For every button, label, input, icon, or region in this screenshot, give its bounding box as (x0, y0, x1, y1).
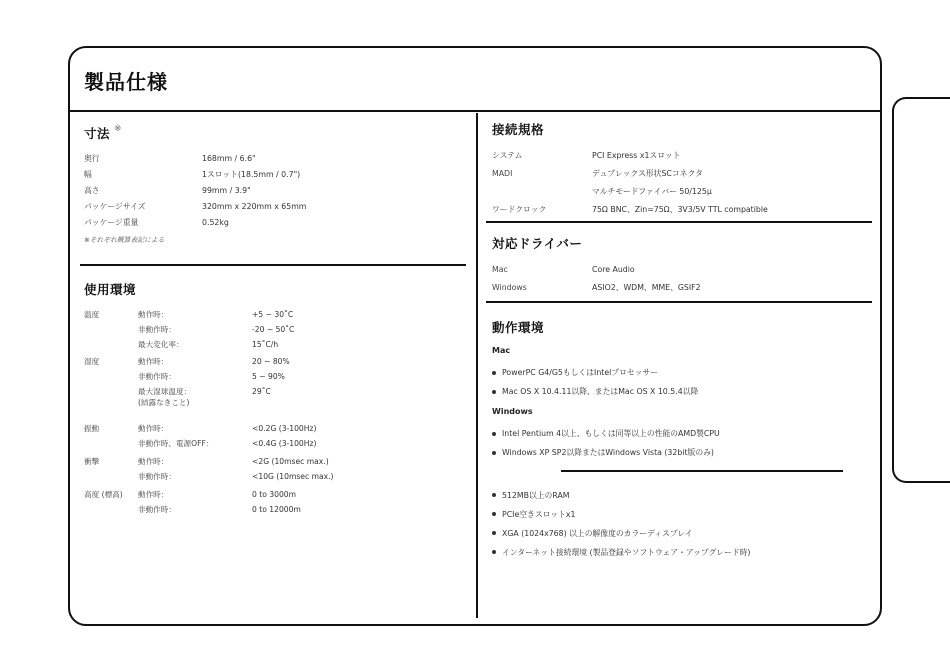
env-condition: 動作時： (138, 311, 252, 319)
bullet-icon (492, 493, 496, 497)
env-value: 20 ~ 80% (252, 358, 290, 366)
env-condition: 最大変化率： (138, 341, 252, 349)
bullet-icon (492, 451, 496, 455)
requirement-item: PowerPC G4/G5もしくはIntelプロセッサー (492, 363, 872, 382)
bullet-icon (492, 432, 496, 436)
dimension-value: 1スロット(18.5mm / 0.7") (202, 171, 300, 179)
spec-card: 製品仕様 寸法※ 奥行168mm / 6.6" 幅1スロット(18.5mm / … (68, 46, 882, 626)
dimension-label: 幅 (84, 171, 202, 179)
env-value: <10G (10msec max.) (252, 473, 334, 481)
title-divider (70, 110, 880, 112)
connectivity-value: 75Ω BNC、Zin=75Ω、3V3/5V TTL compatible (592, 206, 768, 214)
dimensions-heading: 寸法※ (84, 124, 464, 142)
env-category: 振動 (84, 425, 138, 433)
env-condition: 非動作時、電源OFF： (138, 440, 252, 448)
dimensions-footnote: ※それぞれ概算表記による (84, 234, 464, 244)
page-title: 製品仕様 (84, 66, 168, 95)
connectivity-label: ワードクロック (492, 206, 592, 214)
dimension-label: 高さ (84, 187, 202, 195)
side-panel-tab[interactable] (892, 97, 950, 483)
requirement-item: 512MB以上のRAM (492, 486, 872, 505)
bullet-icon (492, 390, 496, 394)
connectivity-label: システム (492, 152, 592, 160)
dimension-row: パッケージサイズ320mm x 220mm x 65mm (84, 199, 464, 215)
requirement-text: PCIe空きスロットx1 (502, 509, 575, 520)
section-divider (486, 301, 872, 303)
env-group-shock: 衝撃動作時：<2G (10msec max.) 非動作時：<10G (10mse… (84, 454, 464, 484)
dimension-row: 幅1スロット(18.5mm / 0.7") (84, 167, 464, 183)
driver-platform: Mac (492, 266, 592, 274)
driver-value: Core Audio (592, 266, 635, 274)
connectivity-value: PCI Express x1スロット (592, 152, 680, 160)
connectivity-row: MADIデュプレックス形状SCコネクタ (492, 165, 872, 183)
env-category: 温度 (84, 311, 138, 319)
env-condition: 動作時： (138, 358, 252, 366)
connectivity-row: システムPCI Express x1スロット (492, 147, 872, 165)
env-group-humidity: 湿度動作時：20 ~ 80% 非動作時：5 ~ 90% 最大湿球温度：29˚C … (84, 354, 464, 411)
env-condition: 動作時： (138, 491, 252, 499)
mac-requirements-label: Mac (492, 346, 872, 355)
dimension-value: 320mm x 220mm x 65mm (202, 203, 306, 211)
env-group-altitude: 高度 (標高)動作時：0 to 3000m 非動作時：0 to 12000m (84, 487, 464, 517)
requirement-text: Windows XP SP2以降またはWindows Vista (32bit版… (502, 447, 714, 458)
env-condition: 非動作時： (138, 373, 252, 381)
env-value: +5 ~ 30˚C (252, 311, 293, 319)
dimension-label: 奥行 (84, 155, 202, 163)
bullet-icon (492, 371, 496, 375)
env-value: <2G (10msec max.) (252, 458, 329, 466)
drivers-section: 対応ドライバー MacCore Audio WindowsASIO2、WDM、M… (492, 234, 872, 297)
requirement-text: インターネット接続環境 (製品登録やソフトウェア・アップグレード時) (502, 547, 750, 558)
env-value: 15˚C/h (252, 341, 278, 349)
env-condition: 非動作時： (138, 506, 252, 514)
env-group-vibration: 振動動作時：<0.2G (3-100Hz) 非動作時、電源OFF：<0.4G (… (84, 421, 464, 451)
dimension-label: パッケージ重量 (84, 219, 202, 227)
env-condition: 動作時： (138, 458, 252, 466)
dimension-label: パッケージサイズ (84, 203, 202, 211)
operating-environment-section: 使用環境 温度動作時：+5 ~ 30˚C 非動作時：-20 ~ 50˚C 最大変… (84, 280, 464, 517)
column-divider (476, 113, 478, 618)
windows-requirements-label: Windows (492, 407, 872, 416)
driver-row: WindowsASIO2、WDM、MME、GSIF2 (492, 279, 872, 297)
connectivity-value: マルチモードファイバー 50/125μ (592, 188, 712, 196)
driver-platform: Windows (492, 284, 592, 292)
env-value: 5 ~ 90% (252, 373, 285, 381)
dimension-value: 168mm / 6.6" (202, 155, 256, 163)
dimensions-heading-text: 寸法 (84, 126, 110, 141)
env-group-temperature: 温度動作時：+5 ~ 30˚C 非動作時：-20 ~ 50˚C 最大変化率：15… (84, 307, 464, 352)
requirement-text: PowerPC G4/G5もしくはIntelプロセッサー (502, 367, 658, 378)
requirement-item: インターネット接続環境 (製品登録やソフトウェア・アップグレード時) (492, 543, 872, 562)
env-category: 湿度 (84, 358, 138, 366)
connectivity-section: 接続規格 システムPCI Express x1スロット MADIデュプレックス形… (492, 120, 872, 219)
env-category: 高度 (標高) (84, 491, 138, 499)
requirement-text: XGA (1024x768) 以上の解像度のカラーディスプレイ (502, 528, 693, 539)
env-condition: 動作時： (138, 425, 252, 433)
bullet-icon (492, 531, 496, 535)
section-divider (486, 221, 872, 223)
env-value: <0.4G (3-100Hz) (252, 440, 316, 448)
system-requirements-section: 動作環境 Mac PowerPC G4/G5もしくはIntelプロセッサー Ma… (492, 318, 872, 562)
driver-value: ASIO2、WDM、MME、GSIF2 (592, 284, 701, 292)
env-condition-note: (結露なきこと) (138, 399, 252, 411)
requirement-item: Intel Pentium 4以上、もしくは同等以上の性能のAMD製CPU (492, 424, 872, 443)
env-condition: 非動作時： (138, 326, 252, 334)
connectivity-row: マルチモードファイバー 50/125μ (492, 183, 872, 201)
dimensions-section: 寸法※ 奥行168mm / 6.6" 幅1スロット(18.5mm / 0.7")… (84, 124, 464, 244)
dimension-row: 高さ99mm / 3.9" (84, 183, 464, 199)
connectivity-heading: 接続規格 (492, 120, 872, 138)
requirement-text: 512MB以上のRAM (502, 490, 570, 501)
dimension-value: 99mm / 3.9" (202, 187, 251, 195)
requirement-item: Windows XP SP2以降またはWindows Vista (32bit版… (492, 443, 872, 462)
connectivity-row: ワードクロック75Ω BNC、Zin=75Ω、3V3/5V TTL compat… (492, 201, 872, 219)
bullet-icon (492, 550, 496, 554)
section-divider (80, 264, 466, 266)
dimension-value: 0.52kg (202, 219, 229, 227)
drivers-heading: 対応ドライバー (492, 234, 872, 252)
env-value: -20 ~ 50˚C (252, 326, 294, 334)
connectivity-value: デュプレックス形状SCコネクタ (592, 170, 703, 178)
env-category: 衝撃 (84, 458, 138, 466)
env-value: 0 to 3000m (252, 491, 296, 499)
dimension-row: 奥行168mm / 6.6" (84, 151, 464, 167)
note-mark: ※ (114, 124, 122, 134)
system-requirements-heading: 動作環境 (492, 318, 872, 336)
bullet-icon (492, 512, 496, 516)
driver-row: MacCore Audio (492, 261, 872, 279)
dimension-row: パッケージ重量0.52kg (84, 215, 464, 231)
env-value: 29˚C (252, 388, 271, 396)
requirement-text: Mac OS X 10.4.11以降、またはMac OS X 10.5.4以降 (502, 386, 698, 397)
requirement-item: XGA (1024x768) 以上の解像度のカラーディスプレイ (492, 524, 872, 543)
env-condition: 最大湿球温度： (138, 388, 252, 396)
requirements-divider (561, 470, 843, 472)
operating-environment-heading: 使用環境 (84, 280, 464, 298)
env-value: <0.2G (3-100Hz) (252, 425, 316, 433)
requirement-text: Intel Pentium 4以上、もしくは同等以上の性能のAMD製CPU (502, 428, 720, 439)
env-condition: 非動作時： (138, 473, 252, 481)
requirement-item: PCIe空きスロットx1 (492, 505, 872, 524)
connectivity-label: MADI (492, 170, 592, 178)
env-value: 0 to 12000m (252, 506, 301, 514)
requirement-item: Mac OS X 10.4.11以降、またはMac OS X 10.5.4以降 (492, 382, 872, 401)
